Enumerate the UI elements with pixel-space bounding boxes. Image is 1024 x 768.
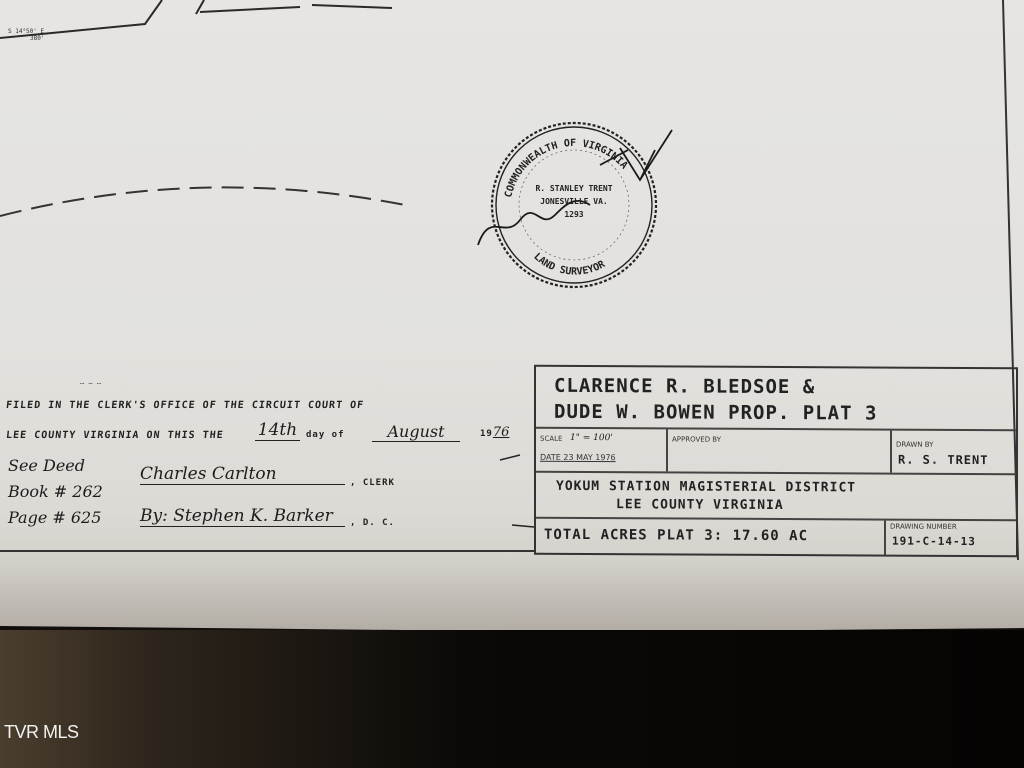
- clerk-label: , CLERK: [350, 478, 395, 488]
- title-line-1: CLARENCE R. BLEDSOE &: [554, 375, 815, 398]
- scale-value: 1" = 100': [570, 433, 613, 443]
- deed-page-number: Page # 625: [8, 508, 101, 527]
- clerk-signature: Charles Carlton: [140, 464, 345, 485]
- bearing-note: S 14°50' E 380': [8, 28, 44, 42]
- drawing-number-label: DRAWING NUMBER: [890, 523, 957, 531]
- approved-label: APPROVED BY: [672, 435, 721, 443]
- filing-year: 1976: [480, 424, 509, 440]
- drawn-by-cell: DRAWN BY R. S. TRENT: [892, 431, 1020, 474]
- total-acres: TOTAL ACRES PLAT 3: 17.60 AC: [544, 527, 808, 544]
- drawing-number-cell: DRAWING NUMBER 191-C-14-13: [884, 521, 1020, 556]
- county-line: LEE COUNTY VIRGINIA: [616, 497, 784, 513]
- faint-header-text: … … …: [80, 378, 101, 386]
- scale-cell: SCALE 1" = 100' DATE 23 MAY 1976: [536, 429, 668, 472]
- deputy-clerk-label: , D. C.: [350, 518, 395, 528]
- filing-block: … … … FILED IN THE CLERK'S OFFICE OF THE…: [0, 370, 535, 552]
- filing-line-1: FILED IN THE CLERK'S OFFICE OF THE CIRCU…: [5, 400, 364, 411]
- title-block: CLARENCE R. BLEDSOE & DUDE W. BOWEN PROP…: [534, 365, 1018, 558]
- title-block-location: YOKUM STATION MAGISTERIAL DISTRICT LEE C…: [536, 473, 1016, 522]
- deputy-clerk-signature: By: Stephen K. Barker: [140, 506, 345, 527]
- title-block-title: CLARENCE R. BLEDSOE & DUDE W. BOWEN PROP…: [536, 367, 1016, 432]
- drawn-by-value: R. S. TRENT: [898, 453, 988, 467]
- filing-bottom-rule: [0, 550, 535, 552]
- table-surface: [0, 630, 1024, 768]
- seal-center-text: R. STANLEY TRENT JONESVILLE VA. 1293: [528, 182, 620, 221]
- title-block-acres: TOTAL ACRES PLAT 3: 17.60 AC DRAWING NUM…: [536, 519, 1016, 556]
- drawing-number-value: 191-C-14-13: [892, 535, 976, 548]
- scale-label: SCALE: [540, 435, 562, 443]
- filing-day: 14th: [255, 420, 300, 441]
- mls-watermark: TVR MLS: [4, 722, 79, 743]
- title-line-2: DUDE W. BOWEN PROP. PLAT 3: [554, 401, 877, 425]
- title-block-meta: SCALE 1" = 100' DATE 23 MAY 1976 APPROVE…: [536, 429, 1016, 476]
- drawn-by-label: DRAWN BY: [896, 441, 933, 449]
- filing-day-of: day of: [306, 430, 345, 440]
- approved-cell: APPROVED BY: [668, 429, 892, 472]
- filing-month: August: [372, 422, 460, 442]
- see-deed-note: See Deed: [8, 456, 85, 475]
- surveyor-seal: R. STANLEY TRENT JONESVILLE VA. 1293: [488, 122, 660, 282]
- filing-line-2: LEE COUNTY VIRGINIA ON THIS THE: [5, 430, 224, 441]
- deed-book-number: Book # 262: [8, 482, 103, 501]
- district-line: YOKUM STATION MAGISTERIAL DISTRICT: [556, 479, 856, 496]
- date-value: DATE 23 MAY 1976: [540, 453, 616, 462]
